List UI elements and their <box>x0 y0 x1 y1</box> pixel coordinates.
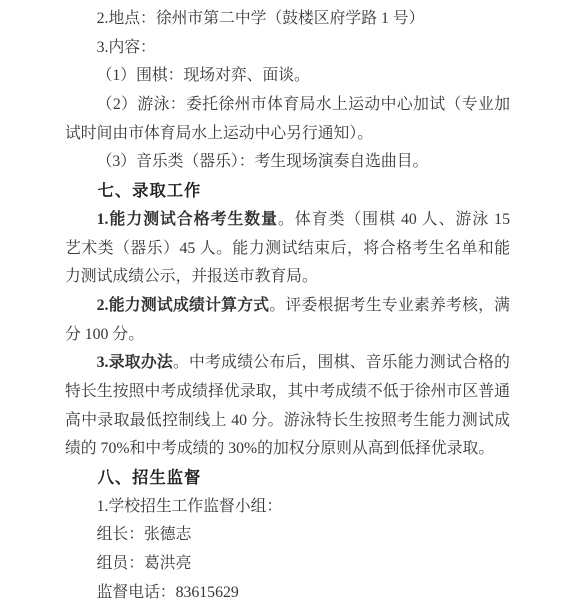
line-text: 组长：张德志 <box>97 526 192 543</box>
text-line: 艺术类（器乐）45 人。能力测试结束后，将合格考生名单和能 <box>65 235 510 264</box>
line-text: 力测试成绩公示，并报送市教育局。 <box>65 268 318 285</box>
text-line: （2）游泳：委托徐州市体育局水上运动中心加试（专业加 <box>65 91 510 120</box>
bold-lead-phrase: 1.能力测试合格考生数量 <box>97 211 278 228</box>
line-text: 七、录取工作 <box>98 182 202 200</box>
text-line: 组长：张德志 <box>65 521 510 550</box>
section-heading: 七、录取工作 <box>65 177 510 206</box>
document-body: 2.地点：徐州市第二中学（鼓楼区府学路 1 号）3.内容：（1）围棋：现场对弈、… <box>65 5 510 606</box>
line-text: 。中考成绩公布后，围棋、音乐能力测试合格的 <box>173 354 510 371</box>
line-text: 高中录取最低控制线上 40 分。游泳特长生按照考生能力测试成 <box>65 412 510 429</box>
line-text: （2）游泳：委托徐州市体育局水上运动中心加试（专业加 <box>97 96 510 113</box>
line-text: 绩的 70%和中考成绩的 30%的加权分原则从高到低择优录取。 <box>65 440 494 457</box>
line-text: 2.地点：徐州市第二中学（鼓楼区府学路 1 号） <box>97 10 425 27</box>
text-line: 2.能力测试成绩计算方式。评委根据考生专业素养考核，满 <box>65 292 510 321</box>
text-line: 1.能力测试合格考生数量。体育类（围棋 40 人、游泳 15 人）、 <box>65 206 510 235</box>
text-line: 组员：葛洪亮 <box>65 550 510 579</box>
text-line: 3.内容： <box>65 34 510 63</box>
line-text: 特长生按照中考成绩择优录取，其中考成绩不低于徐州市区普通 <box>65 383 510 400</box>
text-line: 特长生按照中考成绩择优录取，其中考成绩不低于徐州市区普通 <box>65 378 510 407</box>
text-line: 3.录取办法。中考成绩公布后，围棋、音乐能力测试合格的 <box>65 349 510 378</box>
text-line: 试时间由市体育局水上运动中心另行通知）。 <box>65 120 510 149</box>
document-page: 2.地点：徐州市第二中学（鼓楼区府学路 1 号）3.内容：（1）围棋：现场对弈、… <box>0 0 570 606</box>
bold-lead-phrase: 2.能力测试成绩计算方式 <box>97 297 270 314</box>
line-text: （1）围棋：现场对弈、面谈。 <box>97 67 310 84</box>
line-text: 艺术类（器乐）45 人。能力测试结束后，将合格考生名单和能 <box>65 240 510 257</box>
line-text: （3）音乐类（器乐）：考生现场演奏自选曲目。 <box>97 153 429 170</box>
text-line: 分 100 分。 <box>65 321 510 350</box>
text-line: 2.地点：徐州市第二中学（鼓楼区府学路 1 号） <box>65 5 510 34</box>
line-text: 。评委根据考生专业素养考核，满 <box>269 297 510 314</box>
text-line: 绩的 70%和中考成绩的 30%的加权分原则从高到低择优录取。 <box>65 435 510 464</box>
line-text: 组员：葛洪亮 <box>97 555 192 572</box>
line-text: 分 100 分。 <box>65 326 144 343</box>
text-line: 1.学校招生工作监督小组： <box>65 493 510 522</box>
section-heading: 八、招生监督 <box>65 464 510 493</box>
line-text: 八、招生监督 <box>98 469 202 487</box>
bold-lead-phrase: 3.录取办法 <box>97 354 173 371</box>
line-text: 3.内容： <box>97 39 156 56</box>
text-line: 监督电话：83615629 <box>65 579 510 606</box>
text-line: 高中录取最低控制线上 40 分。游泳特长生按照考生能力测试成 <box>65 407 510 436</box>
text-line: （3）音乐类（器乐）：考生现场演奏自选曲目。 <box>65 148 510 177</box>
line-text: 监督电话：83615629 <box>97 584 239 601</box>
line-text: 试时间由市体育局水上运动中心另行通知）。 <box>65 125 373 142</box>
line-text: 1.学校招生工作监督小组： <box>97 498 283 515</box>
text-line: 力测试成绩公示，并报送市教育局。 <box>65 263 510 292</box>
text-line: （1）围棋：现场对弈、面谈。 <box>65 62 510 91</box>
